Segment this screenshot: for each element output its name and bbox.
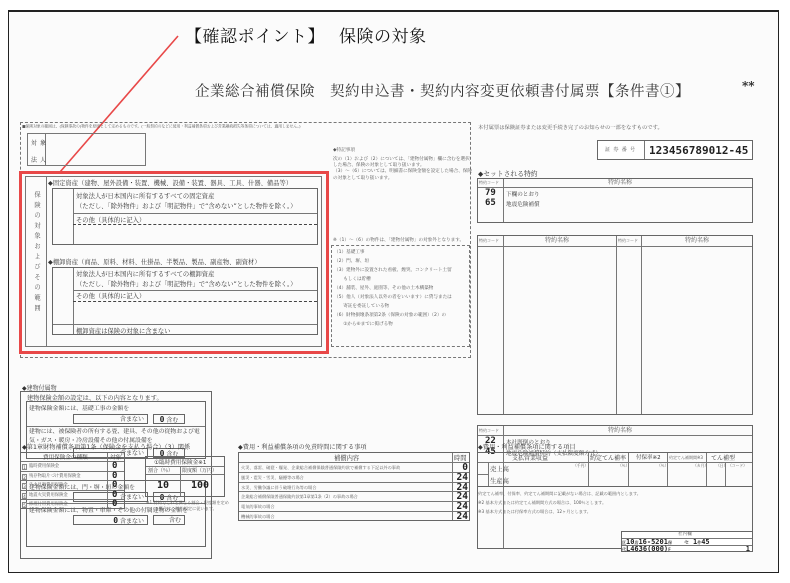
callout-heading: 【確認ポイント】保険の対象 xyxy=(185,22,427,47)
expense-row-value[interactable]: 0 xyxy=(112,500,117,509)
riders-set-name-2: 地震危険補償 xyxy=(506,200,540,208)
profit-header-insured-ratio: 付保率※2 xyxy=(636,453,661,461)
building-item-4-include[interactable]: 含む xyxy=(153,515,185,525)
fixed-assets-all-checkbox[interactable] xyxy=(53,189,73,213)
temporary-expense-note: ※1 特約でこれと異なる割合・限度額を定めている場合は、特約規定に従います。 xyxy=(146,500,230,511)
riders-set-table: 特約コード 特約名称 79 65 下欄のとおり 地震危険補償 xyxy=(477,178,753,223)
expense-row: 3失火見舞費用保険金0 xyxy=(21,481,124,491)
fixed-assets-other-label: その他（具体的に記入） xyxy=(76,215,145,224)
riders-set-code-header: 特約コード xyxy=(479,180,499,185)
profit-unit-3: （％） xyxy=(657,463,668,468)
special-notes-list-heading: ※（1）～（6）の物件は、「建物付属物」の対象外となります。 xyxy=(333,238,464,244)
expense-row-no: 3 xyxy=(22,483,27,489)
waiting-row-text: 風災・雹災・雪災、騒擾等の場合 xyxy=(241,475,304,481)
expense-coverage-table: 費用保険金の種類 対象 1臨時費用保険金02残存物取片づけ費用保険金03失火見舞… xyxy=(20,452,125,509)
header-note: ■保険対象の範囲は、(保険事故の)物件を原則として定めるものです。(一般契約のな… xyxy=(22,125,301,130)
profit-unit-4: （カ月） xyxy=(693,463,708,468)
inventory-all-checkbox[interactable] xyxy=(53,268,73,290)
building-item-4-mark: 0 xyxy=(113,516,118,525)
waiting-row: 火災、落雷、破裂・爆発、企業総合補償保険普通保険約款で補償する下記以外の事故0 xyxy=(239,463,469,473)
temporary-expense-title: ①臨時費用保険金※1 xyxy=(154,458,206,466)
expense-row-no: 2 xyxy=(22,474,27,480)
insured-value[interactable] xyxy=(46,134,145,165)
profit-unit-2: （％） xyxy=(618,463,629,468)
waiting-row: 企業総合補償保険普通保険約款第1章第1条（2）の事故の場合24 xyxy=(239,492,469,502)
policy-number: 123456789012-45 xyxy=(649,144,748,157)
insured-box: 対象 法人 xyxy=(27,133,146,166)
waiting-row: 電気的事故の場合24 xyxy=(239,502,469,512)
profit-unit-5: （日） xyxy=(716,463,727,468)
waiting-row-text: 火災、落雷、破裂・爆発、企業総合補償保険普通保険約款で補償する下記以外の事故 xyxy=(241,465,400,471)
waiting-row-hours[interactable]: 24 xyxy=(457,512,468,522)
building-item-1-include[interactable]: 0 含む xyxy=(153,414,185,424)
coverage-side-label: 保険の対象およびその範囲 xyxy=(32,191,41,315)
expense-type-header: 費用保険金の種類 xyxy=(43,453,88,461)
profit-terms-notes: 約定てん補率、付保率、約定てん補期間に記載がない場合は、記載の範囲内とします。 … xyxy=(478,490,641,516)
waiting-content-header: 補償内容 xyxy=(334,453,359,462)
inventory-all-line2: （ただし、「除外物件」および「明記物件」で“含めない”とした物件を除く。） xyxy=(76,279,297,288)
profit-row-production: 生産高 xyxy=(490,476,509,485)
fixed-assets-table: 対象法人が日本国内に所有するすべての固定資産 （ただし、「除外物件」および「明記… xyxy=(52,188,318,245)
inventory-other-label: その他（具体的に記入） xyxy=(76,291,145,300)
waiting-row: 機械的事故の場合24 xyxy=(239,512,469,522)
callout-subject: 保険の対象 xyxy=(339,27,427,47)
riders-set-code-2: 65 xyxy=(485,198,496,208)
expense-coverage-rows: 1臨時費用保険金02残存物取片づけ費用保険金03失火見舞費用保険金04地震火災費… xyxy=(21,462,124,508)
inventory-excluded-label: 棚卸資産は保険の対象に含まない xyxy=(76,326,170,335)
expense-row-no: 4 xyxy=(22,493,27,499)
document-stars: ** xyxy=(742,79,755,93)
riders-set-name-header: 特約名称 xyxy=(608,179,632,187)
fixed-assets-other-input[interactable] xyxy=(74,225,317,244)
inventory-other-input[interactable] xyxy=(74,302,317,324)
waiting-row: 水災、労働争議に伴う破壊行為等の場合24 xyxy=(239,483,469,493)
inventory-excluded-checkbox[interactable] xyxy=(53,324,73,336)
riders-extra-name-header: 特約名称 xyxy=(608,427,632,435)
document-title: 企業総合補償保険 契約申込書・契約内容変更依頼書付属票【条件書①】 xyxy=(195,80,690,101)
profit-row-sales: 売上高 xyxy=(490,464,509,473)
profit-terms-table: 支払営業収益 約定てん補率 付保率※2 約定てん補期間※3 てん補型 （千円） … xyxy=(477,452,753,487)
temporary-expense-limit[interactable]: 100 xyxy=(191,480,209,491)
expense-row: 1臨時費用保険金0 xyxy=(21,462,124,472)
inventory-all-line1: 対象法人が日本国内に所有するすべての棚卸資産 xyxy=(76,269,214,278)
expense-flag-header: 対象 xyxy=(110,453,121,461)
expense-row-label: 残存物取片づけ費用保険金 xyxy=(29,474,81,480)
waiting-row-text: 水災、労働争議に伴う破壊行為等の場合 xyxy=(241,485,316,491)
waiting-period-rows: 火災、落雷、破裂・爆発、企業総合補償保険普通保険約款で補償する下記以外の事故0風… xyxy=(239,463,469,520)
riders-grid-table: 特約コード 特約名称 特約コード 特約名称 xyxy=(477,235,753,415)
expense-row: 5修理付帯費用保険金0 xyxy=(21,500,124,510)
profit-unit-6: （コード） xyxy=(728,463,747,468)
temporary-expense-rate-header: 割合（％） xyxy=(148,467,173,474)
profit-row-production-checkbox[interactable] xyxy=(478,474,488,488)
expense-row-value[interactable]: 0 xyxy=(112,481,117,490)
profit-row-sales-checkbox[interactable] xyxy=(478,462,488,474)
expense-row: 2残存物取片づけ費用保険金0 xyxy=(21,472,124,482)
profit-header-income: 支払営業収益 xyxy=(512,453,548,462)
expense-row-label: 修理付帯費用保険金 xyxy=(29,502,68,508)
expense-coverage-heading: ◆第1章財物補償条項第1条（保険金を支払う場合）（3）関係 xyxy=(22,442,190,451)
profit-header-type: てん補型 xyxy=(711,453,735,462)
waiting-row-text: 電気的事故の場合 xyxy=(241,504,275,510)
expense-row-value[interactable]: 0 xyxy=(112,462,117,471)
right-note: 本付属票は保険証券または変更手続き完了のお知らせの一部をなすものです。 xyxy=(478,125,663,132)
office-box-title: 社内欄 xyxy=(678,532,692,538)
fixed-assets-all-line2: （ただし、「除外物件」および「明記物件」で“含めない”とした物件を除く。） xyxy=(76,201,297,210)
fixed-assets-other-checkbox[interactable] xyxy=(53,213,73,246)
inventory-table: 対象法人が日本国内に所有するすべての棚卸資産 （ただし、「除外物件」および「明記… xyxy=(52,267,318,335)
building-item-1-exclude[interactable]: 含まない xyxy=(73,414,148,424)
riders-extra-code-header: 特約コード xyxy=(479,428,499,433)
special-notes-heading: ◆特記事項 xyxy=(333,148,355,154)
inventory-other-checkbox[interactable] xyxy=(53,290,73,324)
policy-number-label: 証券番号 xyxy=(605,147,638,154)
office-box-row2: 代L4636(000)F1 xyxy=(622,546,752,552)
riders-grid-code-header-2: 特約コード xyxy=(618,238,638,243)
riders-grid-name-header-1: 特約名称 xyxy=(545,237,569,245)
profit-unit-1: （千円） xyxy=(573,463,588,468)
waiting-period-table: 補償内容 時間 火災、落雷、破裂・爆発、企業総合補償保険普通保険約款で補償する下… xyxy=(238,452,470,521)
waiting-hours-header: 時間 xyxy=(454,453,467,462)
special-notes-list: （1）基礎工事 （2）門、塀、垣 （3）建物外に設置された看板、煙突、コンクリー… xyxy=(334,249,452,330)
building-item-4-exclude[interactable]: 0 含まない xyxy=(73,515,148,525)
expense-row-label: 地震火災費用保険金 xyxy=(29,493,68,499)
profit-header-rate: 約定てん補率 xyxy=(590,453,626,462)
fixed-assets-all-line1: 対象法人が日本国内に所有するすべての固定資産 xyxy=(76,191,214,200)
riders-set-name-1: 下欄のとおり xyxy=(506,190,540,198)
temporary-expense-box: ①臨時費用保険金※1 割合（％） 限度額（万円） 10 100 xyxy=(145,456,225,497)
riders-set-heading: ◆セットされる特約 xyxy=(478,168,538,178)
temporary-expense-rate[interactable]: 10 xyxy=(157,480,169,491)
riders-grid-name-header-2: 特約名称 xyxy=(685,237,709,245)
callout-label: 【確認ポイント】 xyxy=(185,27,325,47)
special-notes-lines: 次の（1）および（2）については、「建物付属物」欄に含むを選択 した場合、保険の… xyxy=(333,157,472,182)
policy-number-box: 証券番号 123456789012-45 xyxy=(597,140,753,160)
expense-row-label: 失火見舞費用保険金 xyxy=(29,483,68,489)
expense-row: 4地震火災費用保険金0 xyxy=(21,491,124,501)
waiting-row: 風災・雹災・雪災、騒擾等の場合24 xyxy=(239,473,469,483)
expense-row-no: 5 xyxy=(22,502,27,508)
office-use-box: 社内欄 区10店16-5201保セ1件45 代L4636(000)F1 xyxy=(621,531,753,552)
waiting-row-text: 機械的事故の場合 xyxy=(241,514,275,520)
riders-set-code-1: 79 xyxy=(485,188,496,198)
building-item-1-text: 建物保険金額には、基礎工事の金額を xyxy=(29,403,129,412)
inventory-heading: ◆棚卸資産（商品、原料、材料、仕掛品、半製品、製品、副産物、副資材） xyxy=(48,257,261,266)
fixed-assets-heading: ◆固定資産（建物、屋外設備・装置、機械、設備・装置、器具、工具、什器、備品等） xyxy=(48,178,292,187)
profit-terms-heading: ◆費用・利益補償条項に関する項目 xyxy=(478,442,576,451)
expense-row-no: 1 xyxy=(22,464,27,470)
riders-grid-code-header-1: 特約コード xyxy=(479,238,499,243)
waiting-period-heading: ◆費用・利益補償条項の免責時間に関する事項 xyxy=(238,442,367,451)
expense-row-label: 臨時費用保険金 xyxy=(29,464,59,470)
temporary-expense-limit-header: 限度額（万円） xyxy=(182,467,217,474)
building-item-1-mark: 0 xyxy=(160,415,165,424)
waiting-row-text: 企業総合補償保険普通保険約款第1章第1条（2）の事故の場合 xyxy=(241,494,358,500)
profit-header-period: 約定てん補期間※3 xyxy=(669,455,703,460)
